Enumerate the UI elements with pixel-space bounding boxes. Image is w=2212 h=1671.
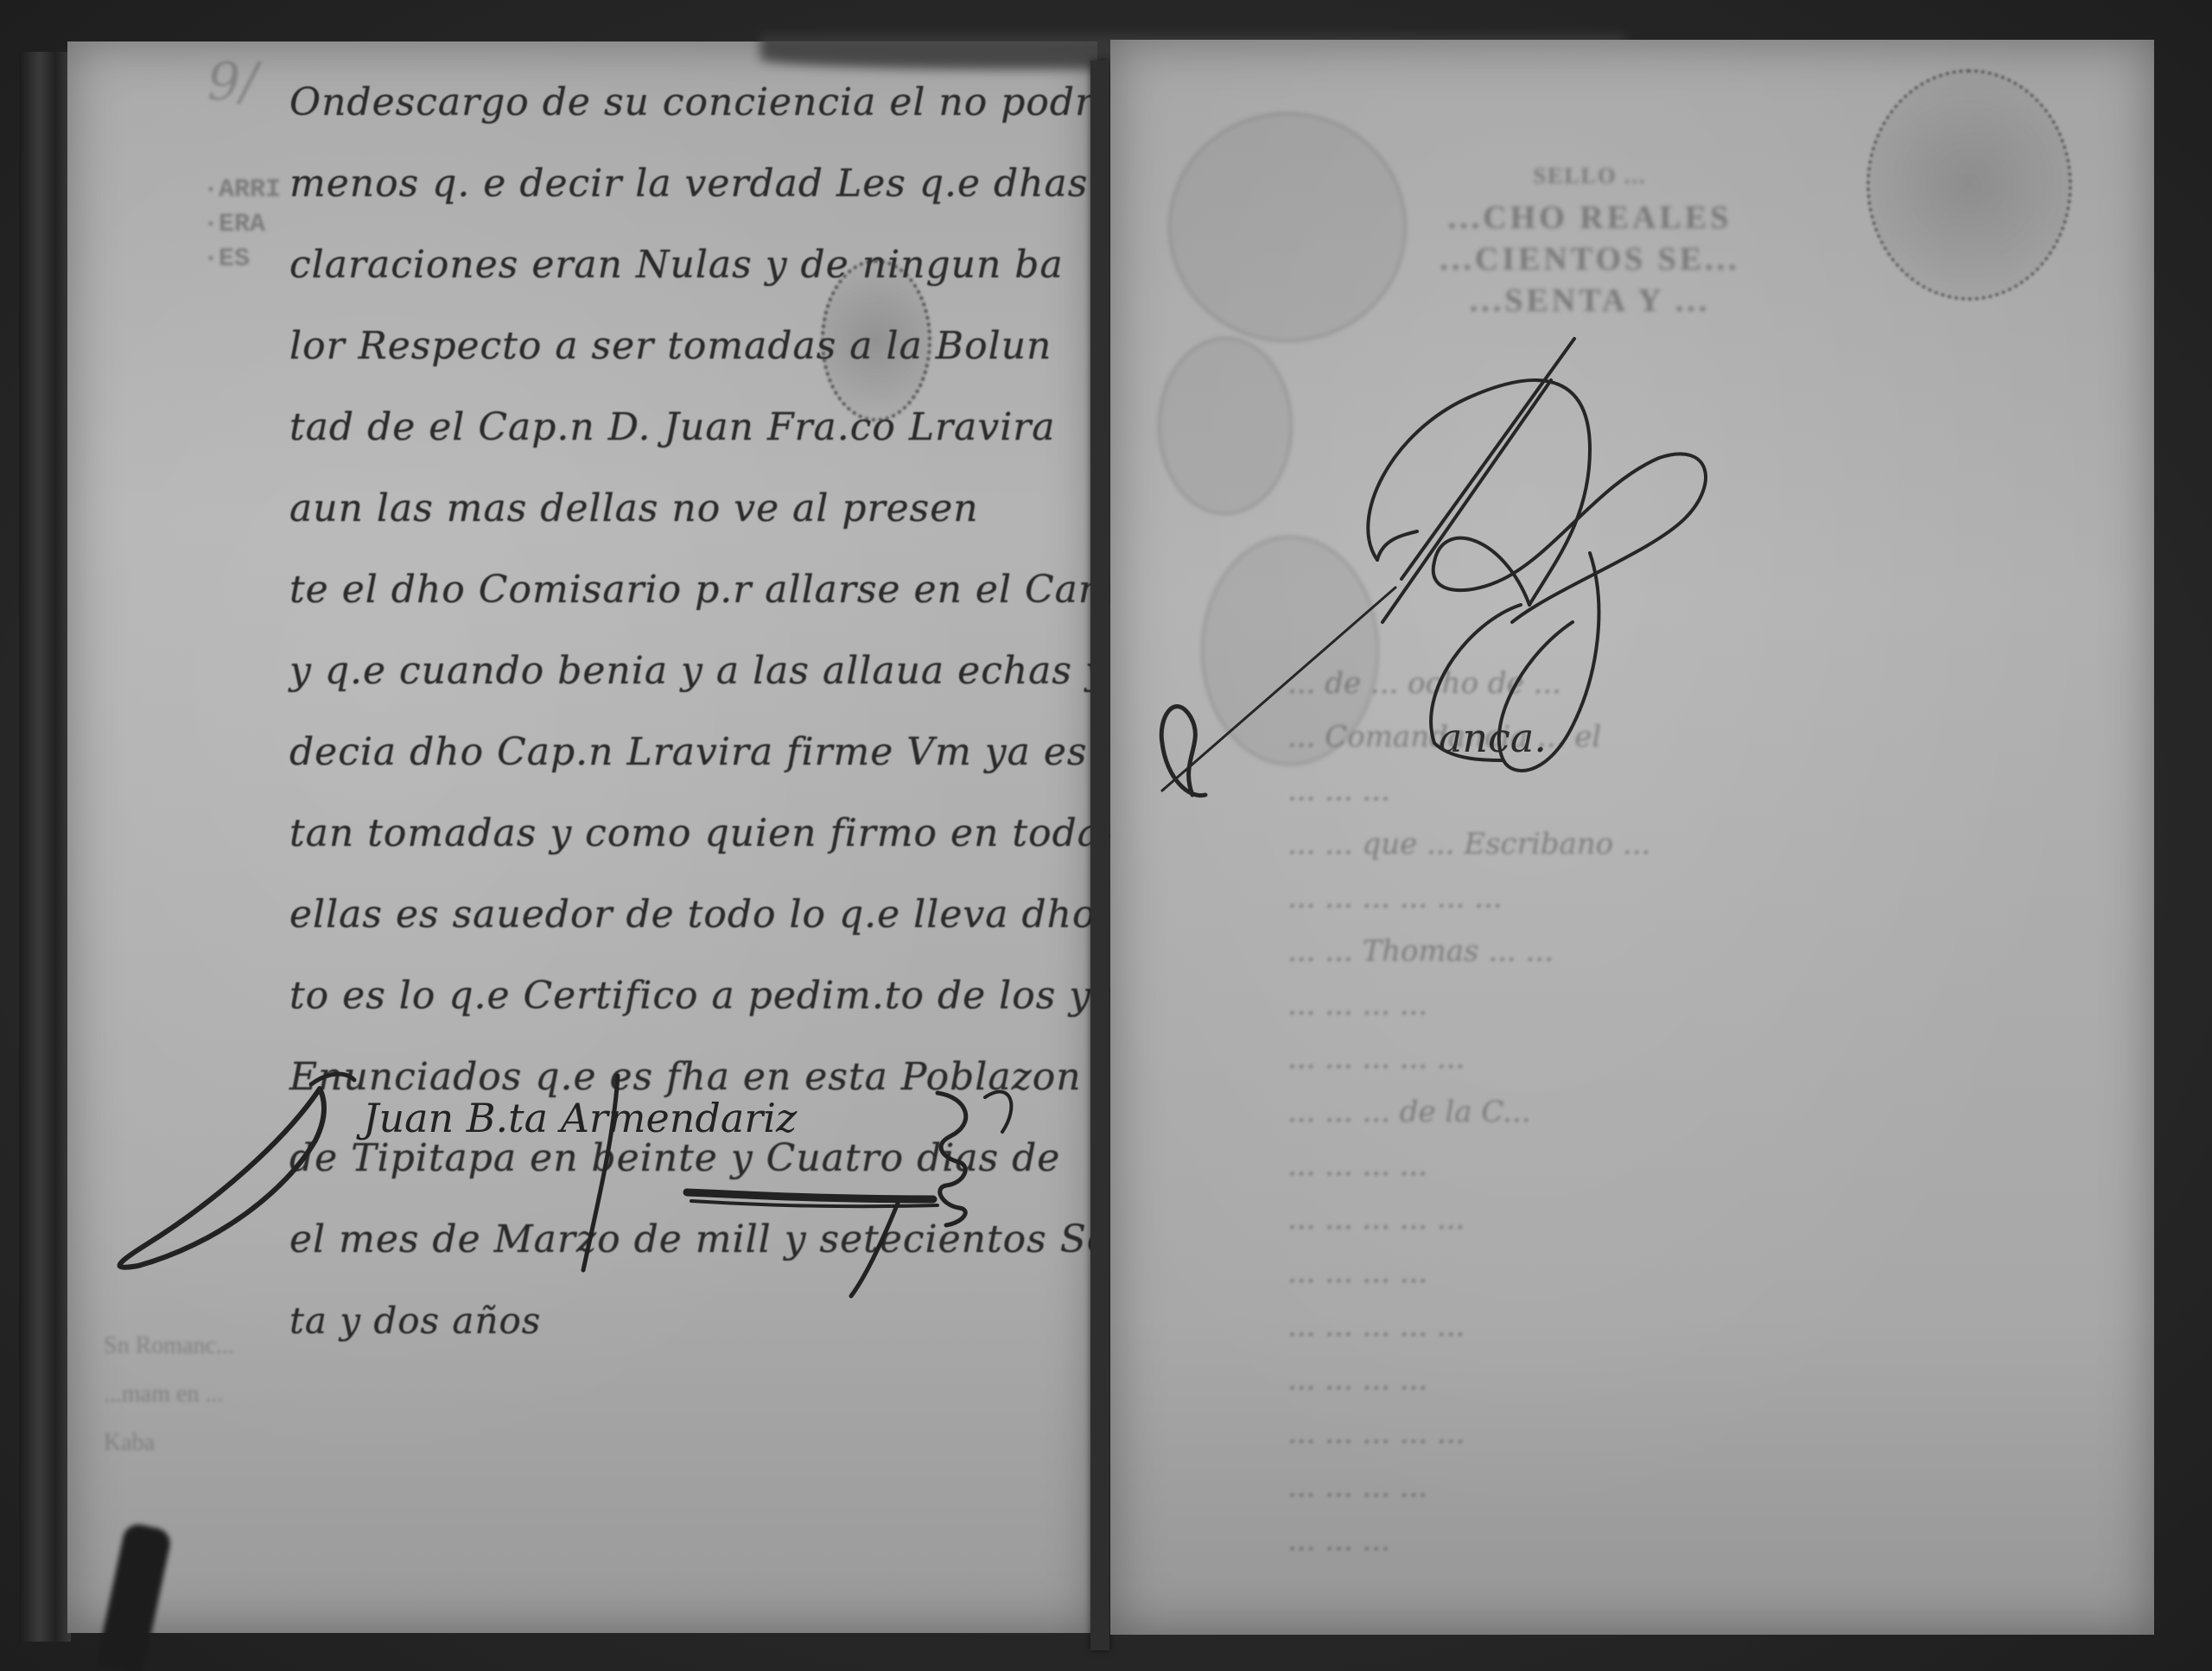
manuscript-line: to es lo q.e Certifico a pedim.to de los…: [289, 956, 1093, 1037]
faded-line: ... ... ... ...: [1287, 978, 2143, 1032]
faded-line: ... ... ... ... ... ...: [1287, 871, 2143, 924]
bleed-through-text-bottom: Sn Romanc... ...mam en ... Kaba: [104, 1322, 234, 1467]
manuscript-text: Ondescargo de su conciencia el no podra …: [289, 62, 1093, 1362]
header-line: ...CIENTOS SE...: [1391, 238, 1789, 280]
manuscript-line: Ondescargo de su conciencia el no podra …: [289, 62, 1093, 143]
faded-line: ... ... Thomas ... ...: [1287, 924, 2143, 978]
page-gutter: [1090, 60, 1109, 1650]
margin-note: 9/: [207, 52, 257, 112]
manuscript-line: aun las mas dellas no ve al presen: [289, 468, 1093, 550]
faded-line: ... ... ... ... ...: [1287, 1299, 2143, 1353]
faded-line: ... ... ... ... ...: [1287, 1032, 2143, 1085]
manuscript-line: decia dho Cap.n Lravira firme Vm ya es: [289, 712, 1093, 793]
bleed-line: ·ARRI: [203, 173, 281, 207]
header-line: SELLO ...: [1391, 156, 1789, 197]
faded-line: ... ... ...: [1287, 764, 2143, 817]
header-line: ...CHO REALES: [1391, 197, 1789, 238]
faded-line: ... ... ... ... ...: [1287, 1192, 2143, 1246]
manuscript-line: tad de el Cap.n D. Juan Fra.co Lravira: [289, 387, 1093, 468]
manuscript-line: tan tomadas y como quien firmo en todas: [289, 793, 1093, 874]
faded-line: ... ... ... ...: [1287, 1353, 2143, 1407]
manuscript-line: ta y dos años: [289, 1280, 1093, 1362]
bleed-line: ...mam en ...: [104, 1370, 234, 1419]
bleed-line: Sn Romanc...: [104, 1322, 234, 1370]
faded-line: ... ... ... ...: [1287, 1139, 2143, 1192]
faded-line: ... de ... ocho de ...: [1287, 657, 2143, 710]
bleed-line: ·ERA: [203, 207, 281, 242]
manuscript-line: el mes de Marzo de mill y setecientos Se…: [289, 1199, 1093, 1280]
faded-line: ... ... ... de la C...: [1287, 1085, 2143, 1139]
faded-line: ... ... ... ...: [1287, 1246, 2143, 1299]
manuscript-line: claraciones eran Nulas y de ningun ba: [289, 225, 1093, 306]
bleed-line: ·ES: [203, 242, 281, 276]
manuscript-line: y q.e cuando benia y a las allaua echas …: [289, 631, 1093, 712]
bleed-through-text-top: ·ARRI ·ERA ·ES: [203, 173, 281, 276]
binding-edge: [19, 52, 71, 1642]
ghost-seal-icon: [1158, 337, 1293, 515]
faded-line: ... Comandancia ... el: [1287, 710, 2143, 764]
manuscript-line: de Tipitapa en beinte y Cuatro dias de: [289, 1118, 1093, 1199]
manuscript-line: Enunciados q.e es fha en esta Poblazon: [289, 1037, 1093, 1118]
faded-line: ... ... ...: [1287, 1514, 2143, 1567]
ghost-seal-icon: [1168, 112, 1407, 342]
bleed-line: Kaba: [104, 1419, 234, 1467]
manuscript-line: ellas es sauedor de todo lo q.e lleva dh…: [289, 874, 1093, 956]
faded-line: ... ... ... ...: [1287, 1460, 2143, 1514]
seal-stamp-icon: [1866, 69, 2072, 301]
manuscript-line: menos q. e decir la verdad Les q.e dhas …: [289, 143, 1093, 225]
header-line: ...SENTA Y ...: [1391, 280, 1789, 321]
manuscript-line: lor Respecto a ser tomadas a la Bolun: [289, 306, 1093, 387]
faded-line: ... ... que ... Escribano ...: [1287, 817, 2143, 871]
stamped-paper-header: SELLO ... ...CHO REALES ...CIENTOS SE...…: [1391, 156, 1789, 321]
manuscript-line: te el dho Comisario p.r allarse en el Ca…: [289, 550, 1093, 631]
faded-line: ... ... ... ... ...: [1287, 1407, 2143, 1460]
faded-manuscript-text: ... de ... ocho de ... ... Comandancia .…: [1287, 657, 2143, 1567]
